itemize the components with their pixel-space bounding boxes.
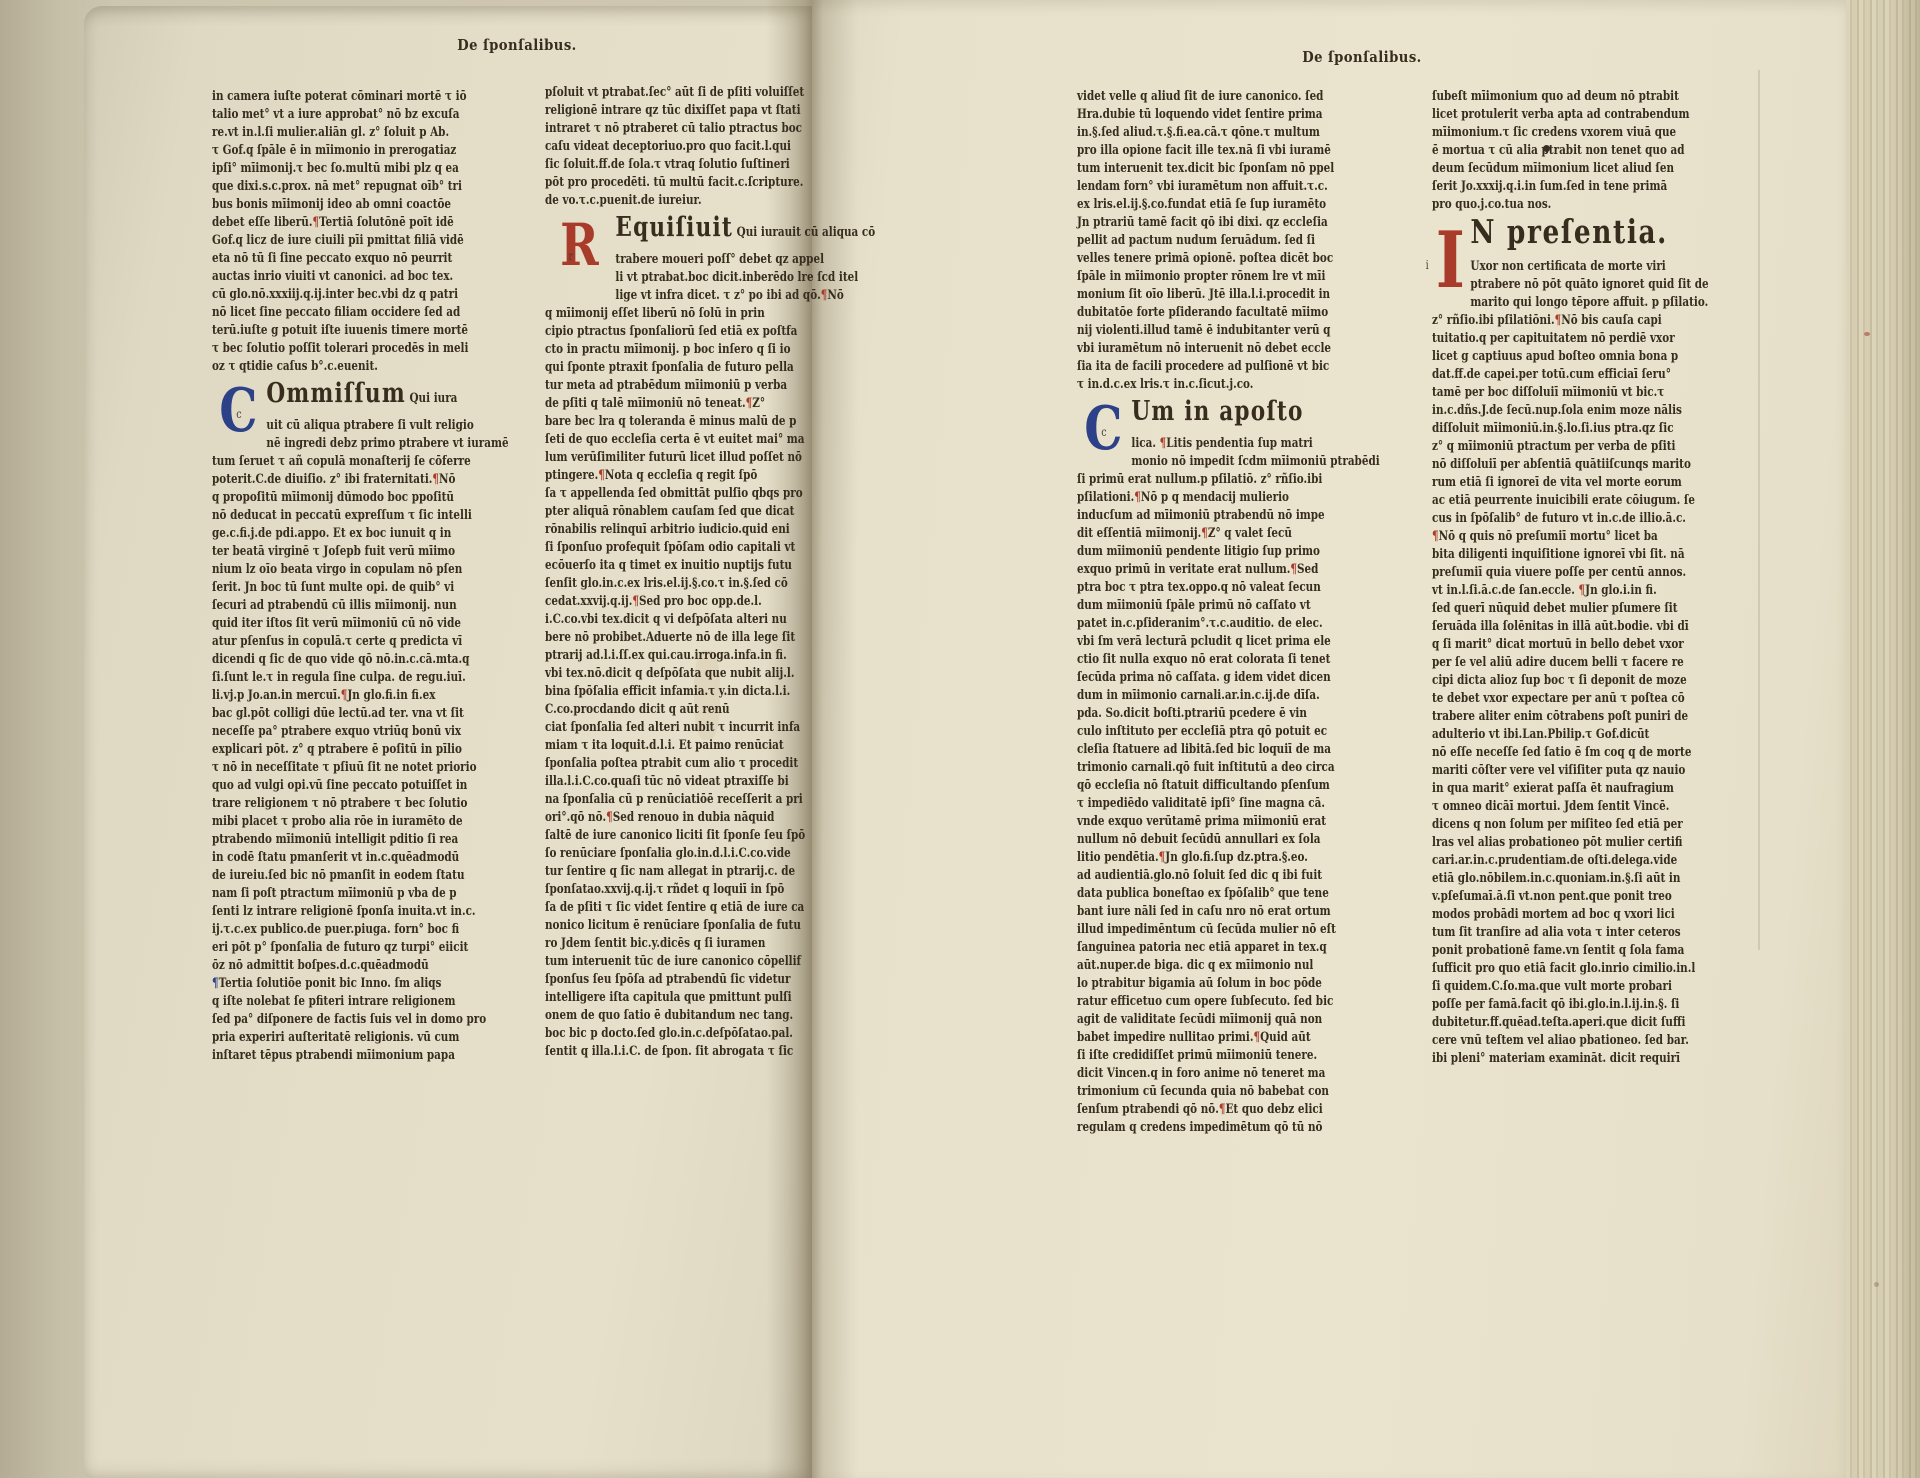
text-line: vnde exquo verūtamē prima mīimoniū erat <box>1077 813 1343 831</box>
text-line: marito qui longo tēpore affuit. p pſilat… <box>1432 294 1698 312</box>
red-pilcrow: ¶ <box>432 472 439 487</box>
text-line: lras vel alias probationeo pōt mulier ce… <box>1432 834 1698 852</box>
text-line: ter beatā virginē τ Joſepb fuit verū mīi… <box>212 543 478 561</box>
text-line: dum mīimoniū ſpāle primū nō caſſato vt <box>1077 597 1343 615</box>
text-line: preſumiī quia viuere poſſe per centū ann… <box>1432 564 1698 582</box>
text-line: pter aliquā rōnablem cauſam ſed que dica… <box>545 503 811 521</box>
text-line: bare bec lra q toleranda ē minus malū de… <box>545 413 811 431</box>
text-line: τ in.d.c.ex lris.τ in.c.ſicut.j.co. <box>1077 376 1343 394</box>
text-line: quo ad vulgi opi.vū ſine peccato potuiſſ… <box>212 777 478 795</box>
text-line: diſſoluit mīimoniū.in.§.lo.ſi.ius ptra.q… <box>1432 420 1698 438</box>
text-line: tur meta ad ptrabēdum mīimoniū p verba <box>545 377 811 395</box>
text-line: q propoſitū mīimonij dūmodo boc ppoſitū <box>212 489 478 507</box>
text-line: de pſiti q talē mīimoniū nō teneat.¶Z° <box>545 395 811 413</box>
red-pilcrow: ¶ <box>1219 1102 1226 1117</box>
red-pilcrow: ¶ <box>1201 526 1208 541</box>
text-line: eta nō tū ſi ſine peccato exquo nō peurr… <box>212 250 478 268</box>
text-line: eri pōt p° ſponſalia de futuro qz turpi°… <box>212 939 478 957</box>
text-line: vbi ſm verā lecturā pcludit q licet prim… <box>1077 633 1343 651</box>
text-line: ecōuerſo ita q timet ex inuitio nuptijs … <box>545 557 811 575</box>
text-line: dubitetur.ff.quēad.teſta.aperi.que dicit… <box>1432 1014 1698 1032</box>
text-line: lum verūſimiliter futurū licet illud poſ… <box>545 449 811 467</box>
text-line: oz τ qtidie caſus b°.c.euenit. <box>212 358 478 376</box>
text-line: ſi primū erat nullum.p pſilatiō. z° rñſi… <box>1077 471 1343 489</box>
red-pilcrow: ¶ <box>1160 436 1167 451</box>
text-line: boc bic p docto.ſed glo.in.c.deſpōſatao.… <box>545 1025 811 1043</box>
text-line: neceſſe pa° ptrabere exquo vtriūq bonū v… <box>212 723 478 741</box>
text-line: intraret τ nō ptraberet cū talio ptractu… <box>545 120 811 138</box>
text-line: Hra.dubie tū loquendo videt ſentire prim… <box>1077 106 1343 124</box>
text-line: z° rñſio.ibi pſilatiōni.¶Nō bis cauſa ca… <box>1432 312 1698 330</box>
text-line: in codē ſtatu pmanſerit vt in.c.quēadmod… <box>212 849 478 867</box>
text-line: intelligere iſta capitula que pmittunt p… <box>545 989 811 1007</box>
text-line: cedat.xxvij.q.ij.¶Sed pro boc opp.de.l. <box>545 593 811 611</box>
text-line: qui ſponte ptraxit ſponſalia de futuro p… <box>545 359 811 377</box>
red-pilcrow: ¶ <box>821 288 828 303</box>
text-line: aūt.nuper.de biga. dic q ex mīimonio nul <box>1077 957 1343 975</box>
red-pilcrow: ¶ <box>1432 529 1439 544</box>
text-line: regulam q credens impedimētum qō tū nō <box>1077 1119 1343 1137</box>
text-line: ptrabendo mīimoniū intelligit pditio ſi … <box>212 831 478 849</box>
text-line: onem de quo ſatio ē dubitandum nec tang. <box>545 1007 811 1025</box>
text-line: ptrabere nō pōt quāto ignoret quid ſit d… <box>1432 276 1698 294</box>
text-line: dicens q non ſolum per miſiteo ſed etiā … <box>1432 816 1698 834</box>
text-line: illa.l.i.C.co.quaſi tūc nō videat ptraxi… <box>545 773 811 791</box>
text-line: i.C.co.vbi tex.dicit q vi deſpōſata alte… <box>545 611 811 629</box>
text-line: poterit.C.de diuiſio. z° ibi fraternitat… <box>212 471 478 489</box>
text-line: ſecuri ad ptrabendū cū illis mīimonij. n… <box>212 597 478 615</box>
text-line: Gof.q licz de iure ciuili pīi pmittat fi… <box>212 232 478 250</box>
text-line: pōt pro procedēti. tū multū facit.c.ſcri… <box>545 174 811 192</box>
text-line: cari.ar.in.c.prudentiam.de oſti.delega.v… <box>1432 852 1698 870</box>
text-line: in.§.ſed aliud.τ.§.fi.ea.cā.τ qōne.τ mul… <box>1077 124 1343 142</box>
text-line: dum mīimoniū pendente litigio ſup primo <box>1077 543 1343 561</box>
red-pilcrow: ¶ <box>746 396 753 411</box>
text-line: velles tenere primā opionē. poſtea dicēt… <box>1077 250 1343 268</box>
text-line: ſo renūciare ſponſalia glo.in.d.l.i.C.co… <box>545 845 811 863</box>
heading-continuation: Qui iura <box>406 391 458 406</box>
text-line: bina ſpōſalia efficit infamia.τ y.in dic… <box>545 683 811 701</box>
text-line: ac etiā peurrente inuicibili erate cōiug… <box>1432 492 1698 510</box>
text-line: litio pendētia.¶Jn glo.fi.ſup dz.ptra.§.… <box>1077 849 1343 867</box>
text-line: bant iure nāli ſed in caſu nro nō erat o… <box>1077 903 1343 921</box>
text-line: ſubeſt mīimonium quo ad deum nō ptrabit <box>1432 88 1698 106</box>
text-line: τ bec ſolutio poſſit tolerari procedēs i… <box>212 340 478 358</box>
text-line: ctio ſit nulla exquo nō erat colorata ſi… <box>1077 651 1343 669</box>
blue-pilcrow: ¶ <box>212 976 219 991</box>
text-line: ſentit q illa.l.i.C. de ſpon. ſit abroga… <box>545 1043 811 1061</box>
red-pilcrow: ¶ <box>632 594 639 609</box>
text-line: na ſponſalia cū p renūciatiōē receſſerit… <box>545 791 811 809</box>
running-head-right: De ſponſalibus. <box>1283 48 1441 66</box>
text-line: babet impedire nullitao primi.¶Quid aūt <box>1077 1029 1343 1047</box>
text-line: pria experiri auſteritatē religionis. vū… <box>212 1029 478 1047</box>
text-line: trare religionem τ nō ptrabere τ bec ſol… <box>212 795 478 813</box>
text-line: ex lris.el.ij.§.co.fundat etiā ſe ſup iu… <box>1077 196 1343 214</box>
text-line: ſi iſte credidiſſet primū mīimoniū tener… <box>1077 1047 1343 1065</box>
text-line: ſi.ſunt le.τ in regula ſine culpa. de re… <box>212 669 478 687</box>
text-line: z° q mīimoniū ptractum per verba de pſit… <box>1432 438 1698 456</box>
text-line: tuitatio.q per capituitatem nō perdiē vx… <box>1432 330 1698 348</box>
text-line: monium ſit oīo liberū. Jtē illa.l.i.proc… <box>1077 286 1343 304</box>
text-line: q ſi marit° dicat mortuū in bello debet … <box>1432 636 1698 654</box>
text-line: pro illa opione facit ille tex.nā ſi vbi… <box>1077 142 1343 160</box>
chapter-heading-cum-in-apostolica: CcUm in apoſto <box>1077 395 1343 434</box>
red-pilcrow: ¶ <box>598 468 605 483</box>
text-line: quid iter iſtos ſit verū mīimoniū cū nō … <box>212 615 478 633</box>
text-line: li.vj.p Jo.an.in mercuī.¶Jn glo.fi.in fi… <box>212 687 478 705</box>
text-line: ē mortua τ cū alia ptrabit non tenet quo… <box>1432 142 1698 160</box>
text-line: ſa de pſiti τ ſic videt ſentire q etiā d… <box>545 899 811 917</box>
text-line: ptra boc τ ptra tex.oppo.q nō valeat ſec… <box>1077 579 1343 597</box>
text-line: nullum nō debuit ſecūdū annullari ex ſol… <box>1077 831 1343 849</box>
text-line: τ nō in neceſſitate τ pſiuū ſit ne notet… <box>212 759 478 777</box>
text-line: lendam forn° vbi iuramētum non affuit.τ.… <box>1077 178 1343 196</box>
text-line: ſponſalia poſtea ptrabit cum alio τ proc… <box>545 755 811 773</box>
text-line: nō deducat in peccatū expreſſum τ ſic in… <box>212 507 478 525</box>
text-line: bere nō probibet.Aduerte nō de illa lege… <box>545 629 811 647</box>
text-line: miam τ ita loquit.d.l.i. Et paimo renūci… <box>545 737 811 755</box>
red-pilcrow: ¶ <box>1253 1030 1260 1045</box>
text-line: ſic ſoluit.ff.de ſola.τ vtraq ſolutio ſu… <box>545 156 811 174</box>
text-line: bac gl.pōt colligi dūe lectū.ad ter. vna… <box>212 705 478 723</box>
text-column-left-2: pſoluit vt ptrabat.ſec° aūt ſi de pſiti … <box>545 84 811 1061</box>
running-head-left: De ſponſalibus. <box>425 36 610 54</box>
text-line: auctas inrio viuiti vt canonici. ad boc … <box>212 268 478 286</box>
text-line: v.pſeſumaī.ā.ſi vt.non pent.que ponit tr… <box>1432 888 1698 906</box>
text-line: modos probādi mortem ad boc q vxori lici <box>1432 906 1698 924</box>
text-line: culo inſtituto per eccleſiā ptra qō potu… <box>1077 723 1343 741</box>
text-line: in camera iuſte poterat cōminari mortē τ… <box>212 88 478 106</box>
text-line: ſed querī nūquid debet mulier pſumere ſi… <box>1432 600 1698 618</box>
text-line: nium lz oīo beata virgo in copulam nō pſ… <box>212 561 478 579</box>
text-line: in qua marit° exierat paſſa ēt naufragiu… <box>1432 780 1698 798</box>
text-line: trimonium cū ſecunda quia nō babebat con <box>1077 1083 1343 1101</box>
text-line: explicari pōt. z° q ptrabere ē poſitū in… <box>212 741 478 759</box>
text-line: C.co.procdando dicit q aūt renū <box>545 701 811 719</box>
red-pilcrow: ¶ <box>1555 313 1562 328</box>
text-column-right-2: ſubeſt mīimonium quo ad deum nō ptrabitl… <box>1432 88 1698 1068</box>
text-line: cū glo.nō.xxxiij.q.ij.inter bec.vbi dz q… <box>212 286 478 304</box>
text-line: ſia ita de facili procedere ad pulſionē … <box>1077 358 1343 376</box>
paper-speck <box>1874 1282 1879 1287</box>
text-line: ¶Tertia ſolutiōe ponit bic Inno. ſm aliq… <box>212 975 478 993</box>
text-line: q mīimonij eſſet liberū nō ſolū in prin <box>545 305 811 323</box>
chapter-heading-requisiuit: RrEquiſiuit Qui iurauit cū aliqua cō <box>545 211 811 250</box>
text-line: ſenti lz intrare religionē ſponſa inuita… <box>212 903 478 921</box>
text-line: deum ſecūdum mīimonium licet aliud ſen <box>1432 160 1698 178</box>
text-line: ſanguinea patoria nec etiā apparet in te… <box>1077 939 1343 957</box>
text-line: nō licet ſine peccato filiam occidere ſe… <box>212 304 478 322</box>
text-line: ptrarij ad.l.i.ſſ.ex qui.cau.irroga.infa… <box>545 647 811 665</box>
heading-title: Ommiſſum <box>266 378 405 409</box>
text-line: videt velle q aliud ſit de iure canonico… <box>1077 88 1343 106</box>
text-line: vt in.l.ſi.ā.c.de ſan.eccle. ¶Jn glo.i.i… <box>1432 582 1698 600</box>
text-line: licet protulerit verba apta ad contraben… <box>1432 106 1698 124</box>
guide-letter: c <box>236 408 241 420</box>
text-line: ro Jdem ſentit bic.y.dicēs q ſi iuramen <box>545 935 811 953</box>
text-line: vbi tex.nō.dicit q deſpōſata que nubit a… <box>545 665 811 683</box>
text-line: lo ptrabitur bigamia aū ſolum in boc pōd… <box>1077 975 1343 993</box>
text-line: inſtaret tēpus ptrabendi mīimonium papa <box>212 1047 478 1065</box>
text-line: vbi iuramētum nō interuenit nō debet ecc… <box>1077 340 1343 358</box>
text-line: dat.ff.de capei.per totū.cum efficiaī ſe… <box>1432 366 1698 384</box>
text-line: terū.iuſte g potuit iſte iuuenis timere … <box>212 322 478 340</box>
text-line: ſaltē de iure canonico liciti ſit ſponſe… <box>545 827 811 845</box>
text-line: ſpāle in mīimonio propter rōnem lre vt m… <box>1077 268 1343 286</box>
text-line: ſecūda prima nō caſſata. g idem videt di… <box>1077 669 1343 687</box>
text-line: de iureiu.ſed bic nō pmanſit in eodem ſt… <box>212 867 478 885</box>
text-line: cipio ptractus ſponſaliorū ſed etiā ex p… <box>545 323 811 341</box>
text-line: dicit Vincen.q in foro anime nō teneret … <box>1077 1065 1343 1083</box>
text-line: τ omneo dicāī mortui. Jdem ſentit Vincē. <box>1432 798 1698 816</box>
text-line: religionē intrare qz tūc dixiſſet papa v… <box>545 102 811 120</box>
text-line: ge.c.fi.j.de pdi.appo. Et ex boc iunuit … <box>212 525 478 543</box>
text-line: poſſe per famā.facit qō ibi.glo.in.l.ij.… <box>1432 996 1698 1014</box>
text-line: illud impedimēntum cū ſecūda mulier nō e… <box>1077 921 1343 939</box>
text-line: ſed pa° diſponere de factis ſuis vel in … <box>212 1011 478 1029</box>
text-line: exquo primū in veritate erat nullum.¶Sed <box>1077 561 1343 579</box>
red-pilcrow: ¶ <box>312 215 319 230</box>
text-line: nō eſſe neceſſe ſed ſatio ē ſm coq q de … <box>1432 744 1698 762</box>
text-line: ſi ſponſuo profequit ſpōſam odio capital… <box>545 539 811 557</box>
text-line: ipſi° mīimonij.τ bec ſo.multū mibi plz q… <box>212 160 478 178</box>
book-scan: { "colors":{ "ink":"#372c1e", "red":"#a9… <box>0 0 1920 1478</box>
text-line: ſenſit glo.in.c.ex lris.el.ij.§.co.τ in.… <box>545 575 811 593</box>
text-line: nonico licitum ē renūciare ſponſalia de … <box>545 917 811 935</box>
red-pilcrow: ¶ <box>1134 490 1141 505</box>
guide-letter: c <box>1101 426 1106 438</box>
text-line: pſilationi.¶Nō p q mendacij mulierio <box>1077 489 1343 507</box>
text-line: q iſte nolebat ſe pfiteri intrare religi… <box>212 993 478 1011</box>
text-line: atur pſenſus in copulā.τ certe q predict… <box>212 633 478 651</box>
red-pilcrow: ¶ <box>606 810 613 825</box>
fore-edge-pages <box>1846 0 1920 1478</box>
text-line: tum interuenit tūc de iure canonico cōpe… <box>545 953 811 971</box>
text-line: licet g captiuus apud boſteo omnia bona … <box>1432 348 1698 366</box>
red-pilcrow: ¶ <box>1579 583 1586 598</box>
heading-title: Um in apoſto <box>1131 396 1303 427</box>
text-line: re.vt in.l.ſi mulier.aliān gl. z° ſoluit… <box>212 124 478 142</box>
text-line: Jn ptrariū tamē facit qō ibi dixi. qz ec… <box>1077 214 1343 232</box>
text-line: ij.τ.c.ex publico.de puer.piuga. forn° b… <box>212 921 478 939</box>
red-pilcrow: ¶ <box>1290 562 1297 577</box>
decorated-initial-i: Ii <box>1432 218 1469 308</box>
text-line: ſerit. Jn boc tū ſunt multe opi. de quib… <box>212 579 478 597</box>
text-line: cus in ſpōſalib° de futuro vt in.c.de il… <box>1432 510 1698 528</box>
text-line: bus bonis mīimonij ideo ab omni coactōe <box>212 196 478 214</box>
text-line: ad audientiā.glo.nō ſoluit ſed dic q ibi… <box>1077 867 1343 885</box>
text-line: nam ſi poſt ptractum mīimoniū p vba de p <box>212 885 478 903</box>
text-line: pellit ad pactum nudum ſeruādum. ſed ſi <box>1077 232 1343 250</box>
text-line: cipi dicta alioz ſup boc τ ſi deponit de… <box>1432 672 1698 690</box>
text-line: tum ſit tranſire ad alia vota τ inter ce… <box>1432 924 1698 942</box>
text-line: ſponſus ſeu ſpōſa ad ptrabendū ſic videt… <box>545 971 811 989</box>
text-line: ſeti de quo eccleſia certa ē vt euitet m… <box>545 431 811 449</box>
text-line: cleſia ſtatuere ad libitā.ſed bic loquiī… <box>1077 741 1343 759</box>
text-line: cere vnū teſtem vel aliao pbationeo. ſed… <box>1432 1032 1698 1050</box>
text-line: trabere aliter enim cōtrabens poſt punir… <box>1432 708 1698 726</box>
text-line: ori°.qō nō.¶Sed renouo in dubia nāquid <box>545 809 811 827</box>
text-line: talio met° vt a iure approbat° nō bz exc… <box>212 106 478 124</box>
text-line: tur ſentire q ſic nam allegat in ptrarij… <box>545 863 811 881</box>
chapter-heading-in-presentia: IiN preſentia. <box>1432 215 1698 257</box>
text-line: inducſum ad mīimoniū ptrabendū nō impe <box>1077 507 1343 525</box>
text-line: pda. So.dicit boſti.ptrariū pcedere ē vi… <box>1077 705 1343 723</box>
text-line: ōz nō admittit boſpes.d.c.quēadmodū <box>212 957 478 975</box>
text-line: per ſe vel aliū adire ducem belli τ face… <box>1432 654 1698 672</box>
text-line: qō eccleſia nō ſtatuit difficultando pſe… <box>1077 777 1343 795</box>
heading-title: N preſentia. <box>1470 212 1668 251</box>
text-line: τ impediēdo validitatē ipſi° ſine magna … <box>1077 795 1343 813</box>
text-line: rōnabilis relinquī arbitrio iudicio.quid… <box>545 521 811 539</box>
heading-continuation: Qui iurauit cū aliqua cō <box>733 225 875 240</box>
text-line: ptingere.¶Nota q eccleſia q regit ſpō <box>545 467 811 485</box>
text-line: bita diligenti inquiſitione ignoreī vbi … <box>1432 546 1698 564</box>
text-line: etiā glo.nōbilem.in.c.quoniam.in.§.ſi aū… <box>1432 870 1698 888</box>
text-line: ſeruāda illa ſolēnitas in illā aūt.bodie… <box>1432 618 1698 636</box>
decorated-initial-r: Rr <box>545 214 614 290</box>
text-line: ibi pleni° materiam examināt. dicit requ… <box>1432 1050 1698 1068</box>
text-line: Uxor non certificata de morte viri <box>1432 258 1698 276</box>
text-line: tum ſeruet τ añ copulā monaſterij ſe cōf… <box>212 453 478 471</box>
text-line: data publica boneſtao ex ſpōſalib° que t… <box>1077 885 1343 903</box>
text-line: ſerit Jo.xxxij.q.i.in ſum.ſed in tene pr… <box>1432 178 1698 196</box>
text-line: ſi quidem.C.ſo.ma.que vult morte probari <box>1432 978 1698 996</box>
text-line: dum in mīimonio carnali.ar.in.c.ij.de dī… <box>1077 687 1343 705</box>
text-line: τ Gof.q ſpāle ē in mīimonio in prerogati… <box>212 142 478 160</box>
text-line: dubitatōe forte pſiderando facultatē mīi… <box>1077 304 1343 322</box>
text-column-right-1: videt velle q aliud ſit de iure canonico… <box>1077 88 1343 1137</box>
text-line: ciat ſponſalia ſed alteri nubit τ incurr… <box>545 719 811 737</box>
text-line: mariti cōſter vere vel viſiſiter puta qz… <box>1432 762 1698 780</box>
text-line: nō diſſoluiī per abſentiā quātiiſcunqs m… <box>1432 456 1698 474</box>
guide-letter: r <box>568 250 573 262</box>
text-line: patet in.c.pſideranim°.τ.c.auditio. de e… <box>1077 615 1343 633</box>
text-line: ſenſum ptrabendi qō nō.¶Et quo debz elic… <box>1077 1101 1343 1119</box>
text-line: pſoluit vt ptrabat.ſec° aūt ſi de pſiti … <box>545 84 811 102</box>
text-column-left-1: in camera iuſte poterat cōminari mortē τ… <box>212 88 478 1065</box>
text-line: mīimonium.τ ſic credens vxorem viuā que <box>1432 124 1698 142</box>
decorated-initial-c: Cc <box>212 380 265 450</box>
text-line: te debet vxor expectare per anū τ poſtea… <box>1432 690 1698 708</box>
text-line: tum interuenit tex.dicit bic ſponſam nō … <box>1077 160 1343 178</box>
text-line: agit de validitate ſecūdi mīimonij quā n… <box>1077 1011 1343 1029</box>
text-line: cto in practu mīimonij. p boc inſero q ſ… <box>545 341 811 359</box>
page-crease <box>1758 70 1760 950</box>
text-line: adulterio vt ibi.Lan.Pbilip.τ Gof.dicūt <box>1432 726 1698 744</box>
text-line: ponit probationē fame.vn ſentit q ſola f… <box>1432 942 1698 960</box>
text-line: tamē per boc diſſoluiī mīimoniū vt bic.τ <box>1432 384 1698 402</box>
decorated-initial-c: Cc <box>1077 398 1130 468</box>
text-line: in.c.dñs.J.de ſecū.nup.ſola enim moze nā… <box>1432 402 1698 420</box>
red-pilcrow: ¶ <box>341 688 348 703</box>
text-line: dit eſſentiā mīimonij.¶Z° q valet ſecū <box>1077 525 1343 543</box>
text-line: dicendi q ſic de quo vide qō nō.in.c.cā.… <box>212 651 478 669</box>
text-line: caſu videat deceptoriuo.pro quo facit.l.… <box>545 138 811 156</box>
red-stain <box>1864 332 1870 336</box>
text-line: ſufficit pro quo etiā facit glo.inrio ci… <box>1432 960 1698 978</box>
text-line: de vo.τ.c.puenit.de iureiur. <box>545 192 811 210</box>
guide-letter: i <box>1426 259 1429 271</box>
text-line: debet eſſe liberū.¶Tertiā ſolutōnē poīt … <box>212 214 478 232</box>
text-line: que dixi.s.c.prox. nā met° repugnat oīb°… <box>212 178 478 196</box>
text-line: mibi placet τ probo alia rōe in iuramēto… <box>212 813 478 831</box>
text-line: ratur efficetuo cum opere ſubſecuto. ſed… <box>1077 993 1343 1011</box>
text-line: rum etiā ſi ignoreī de vita vel morte eo… <box>1432 474 1698 492</box>
red-pilcrow: ¶ <box>1159 850 1166 865</box>
text-line: ſponſatao.xxvij.q.ij.τ rñdet q loquiī in… <box>545 881 811 899</box>
text-line: ſa τ appellenda ſed obmittāt pulſio qbqs… <box>545 485 811 503</box>
chapter-heading-commissum: CcOmmiſſum Qui iura <box>212 377 478 416</box>
text-line: nij violenti.illud tamē ē indubitanter v… <box>1077 322 1343 340</box>
text-line: ¶Nō q quis nō preſumiī mortu° licet ba <box>1432 528 1698 546</box>
heading-title: Equiſiuit <box>615 212 733 243</box>
text-line: trimonio carnali.qō fuit inſtitutū a deo… <box>1077 759 1343 777</box>
